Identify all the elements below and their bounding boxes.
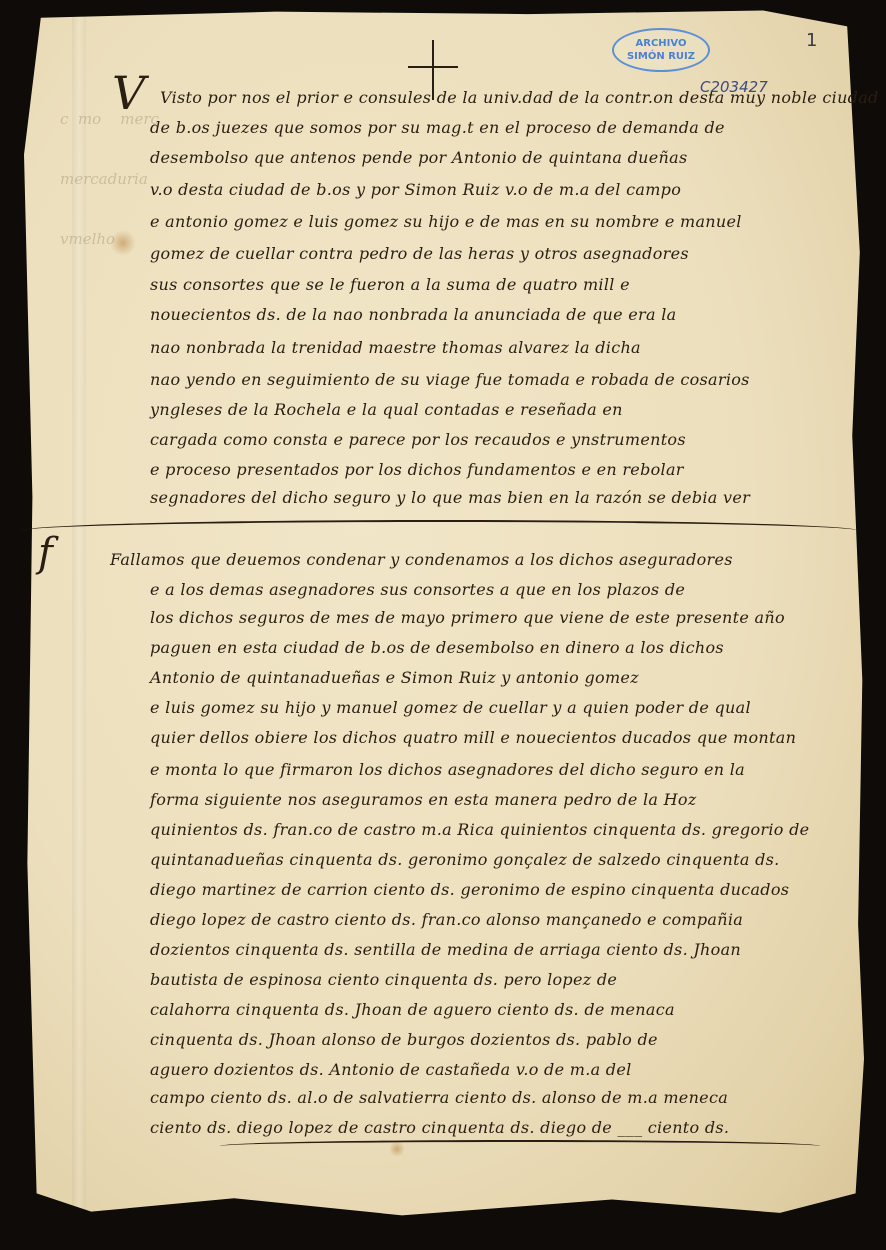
text-line: cinquenta ds. Jhoan alonso de burgos doz… bbox=[150, 1030, 850, 1049]
text-line: v.o desta ciudad de b.os y por Simon Rui… bbox=[150, 180, 850, 199]
text-line: segnadores del dicho seguro y lo que mas… bbox=[150, 488, 850, 507]
text-line: yngleses de la Rochela e la qual contada… bbox=[150, 400, 850, 419]
text-line: forma siguiente nos aseguramos en esta m… bbox=[150, 790, 850, 809]
text-line: Antonio de quintanadueñas e Simon Ruiz y… bbox=[150, 668, 850, 687]
text-line: de b.os juezes que somos por su mag.t en… bbox=[150, 118, 850, 137]
closing-underline-flourish bbox=[220, 1140, 820, 1152]
text-line: desembolso que antenos pende por Antonio… bbox=[150, 148, 850, 167]
bleed-through-text: mercaduria bbox=[60, 170, 148, 188]
cross-mark-bar bbox=[408, 66, 458, 68]
margin-initial-f: f bbox=[38, 530, 53, 576]
text-line: quinientos ds. fran.co de castro m.a Ric… bbox=[150, 820, 850, 839]
text-line: campo ciento ds. al.o de salvatierra cie… bbox=[150, 1088, 850, 1107]
text-line: sus consortes que se le fueron a la suma… bbox=[150, 275, 850, 294]
text-line: calahorra cinquenta ds. Jhoan de aguero … bbox=[150, 1000, 850, 1019]
text-line: e antonio gomez e luis gomez su hijo e d… bbox=[150, 212, 850, 231]
text-line: e proceso presentados por los dichos fun… bbox=[150, 460, 850, 479]
initial-capital-v: V bbox=[112, 66, 145, 120]
text-line: diego lopez de castro ciento ds. fran.co… bbox=[150, 910, 850, 929]
text-line: diego martinez de carrion ciento ds. ger… bbox=[150, 880, 850, 899]
text-line: ciento ds. diego lopez de castro cinquen… bbox=[150, 1118, 850, 1137]
stamp-line-1: ARCHIVO bbox=[614, 37, 708, 50]
text-line: cargada como consta e parece por los rec… bbox=[150, 430, 850, 449]
archive-stamp: ARCHIVO SIMÓN RUIZ bbox=[612, 28, 710, 72]
section-divider-flourish bbox=[20, 520, 860, 542]
text-line: nao nonbrada la trenidad maestre thomas … bbox=[150, 338, 850, 357]
text-line: aguero dozientos ds. Antonio de castañed… bbox=[150, 1060, 850, 1079]
text-line: los dichos seguros de mes de mayo primer… bbox=[150, 608, 850, 627]
text-line: quintanadueñas cinquenta ds. geronimo go… bbox=[150, 850, 850, 869]
text-line: nouecientos ds. de la nao nonbrada la an… bbox=[150, 305, 850, 324]
text-line: e monta lo que firmaron los dichos asegn… bbox=[150, 760, 850, 779]
text-line: Fallamos que deuemos condenar y condenam… bbox=[110, 550, 810, 569]
stamp-line-2: SIMÓN RUIZ bbox=[614, 50, 708, 63]
text-line: nao yendo en seguimiento de su viage fue… bbox=[150, 370, 850, 389]
folio-number: 1 bbox=[806, 30, 817, 51]
text-line: e luis gomez su hijo y manuel gomez de c… bbox=[150, 698, 850, 717]
text-line: dozientos cinquenta ds. sentilla de medi… bbox=[150, 940, 850, 959]
text-line: bautista de espinosa ciento cinquenta ds… bbox=[150, 970, 850, 989]
bleed-through-text: vmelho bbox=[60, 230, 115, 248]
text-line: paguen en esta ciudad de b.os de desembo… bbox=[150, 638, 850, 657]
text-line: quier dellos obiere los dichos quatro mi… bbox=[150, 728, 850, 747]
text-line: e a los demas asegnadores sus consortes … bbox=[150, 580, 850, 599]
text-line: gomez de cuellar contra pedro de las her… bbox=[150, 244, 850, 263]
text-line: Visto por nos el prior e consules de la … bbox=[160, 88, 860, 107]
page-fold bbox=[72, 16, 86, 1216]
